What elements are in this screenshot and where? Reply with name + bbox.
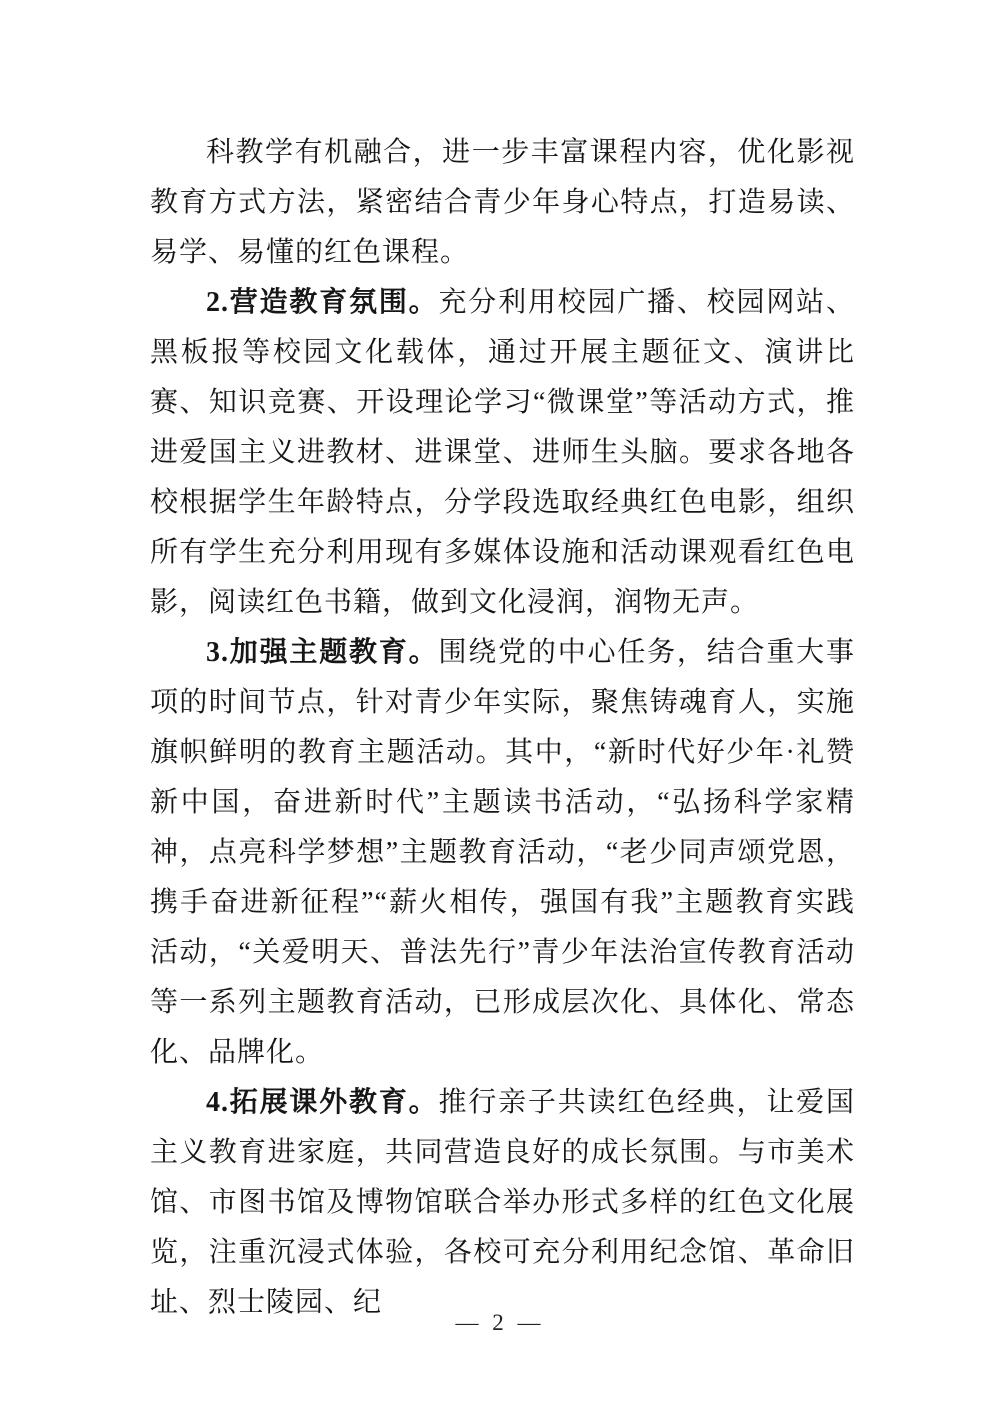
paragraph: 科教学有机融合，进一步丰富课程内容，优化影视教育方式方法，紧密结合青少年身心特点… [150, 128, 855, 278]
paragraph-text: 科教学有机融合，进一步丰富课程内容，优化影视教育方式方法，紧密结合青少年身心特点… [150, 137, 855, 268]
paragraph-text: 充分利用校园广播、校园网站、黑板报等校园文化载体，通过开展主题征文、演讲比赛、知… [150, 287, 855, 618]
document-body: 科教学有机融合，进一步丰富课程内容，优化影视教育方式方法，紧密结合青少年身心特点… [150, 128, 855, 1328]
paragraph: 4.拓展课外教育。推行亲子共读红色经典，让爱国主义教育进家庭，共同营造良好的成长… [150, 1078, 855, 1328]
paragraph-text: 围绕党的中心任务，结合重大事项的时间节点，针对青少年实际，聚焦铸魂育人，实施旗帜… [150, 637, 855, 1068]
paragraph-text: 推行亲子共读红色经典，让爱国主义教育进家庭，共同营造良好的成长氛围。与市美术馆、… [150, 1087, 855, 1318]
document-page: 科教学有机融合，进一步丰富课程内容，优化影视教育方式方法，紧密结合青少年身心特点… [0, 0, 1000, 1414]
paragraph-heading: 2.营造教育氛围。 [206, 287, 438, 318]
page-number: — 2 — [0, 1310, 1000, 1336]
paragraph: 3.加强主题教育。围绕党的中心任务，结合重大事项的时间节点，针对青少年实际，聚焦… [150, 628, 855, 1078]
paragraph: 2.营造教育氛围。充分利用校园广播、校园网站、黑板报等校园文化载体，通过开展主题… [150, 278, 855, 628]
paragraph-heading: 4.拓展课外教育。 [206, 1087, 438, 1118]
paragraph-heading: 3.加强主题教育。 [206, 637, 438, 668]
